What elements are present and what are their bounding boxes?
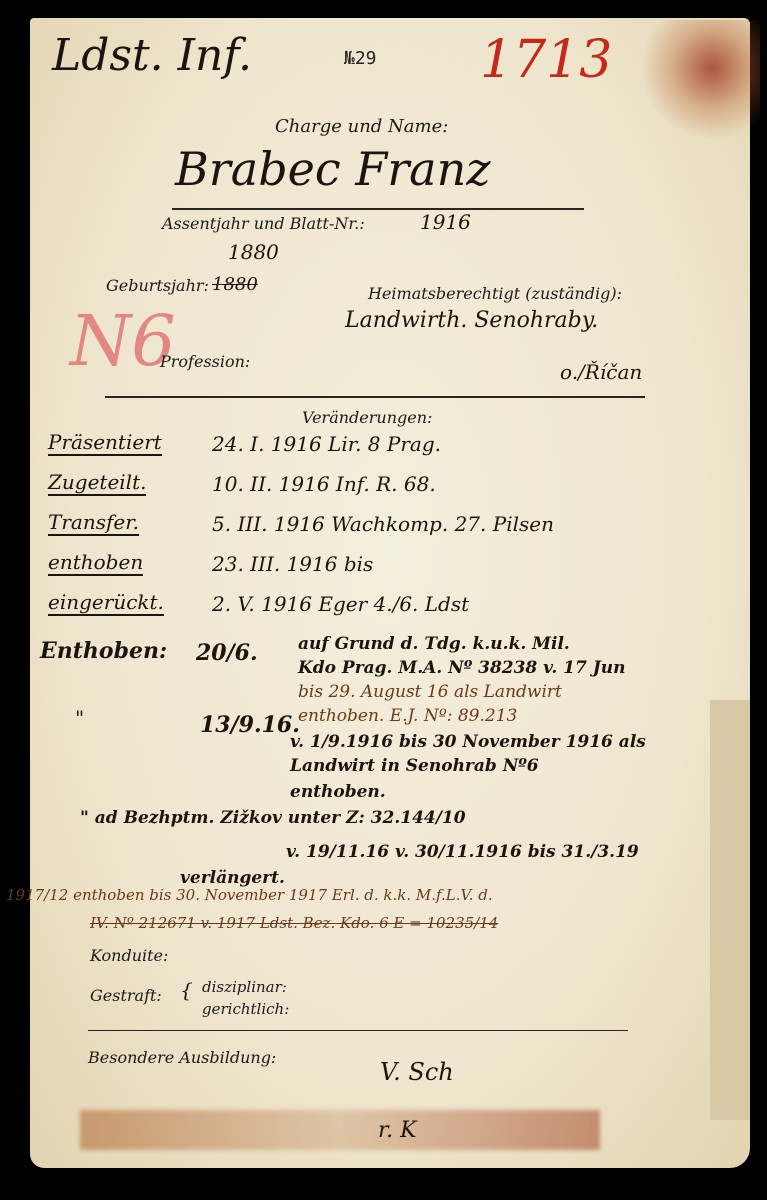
home-label: Heimatsberechtigt (zuständig): <box>368 284 622 303</box>
fourth-entry: IV. Nº 212671 v. 1917 Ldst. Bez. Kdo. 6 … <box>90 914 498 932</box>
enthoben-label: Enthoben: <box>40 638 167 664</box>
change-action: Präsentiert <box>48 430 162 456</box>
change-action: eingerückt. <box>48 590 164 616</box>
divider <box>172 208 584 210</box>
third-text: v. 19/11.16 v. 30/11.1916 bis 31./3.19 <box>286 842 639 862</box>
enthoben-text: auf Grund d. Tdg. k.u.k. Mil. <box>298 634 570 654</box>
profession-label: Profession: <box>160 352 250 371</box>
unit-handwritten: Ldst. Inf. <box>52 30 252 81</box>
assent-label: Assentjahr und Blatt-Nr.: <box>162 214 365 233</box>
ditto-mark: " <box>75 706 84 730</box>
enthoben-text: bis 29. August 16 als Landwirt <box>298 682 562 702</box>
training-value: V. Sch <box>380 1058 454 1086</box>
soldier-name: Brabec Franz <box>175 142 490 196</box>
change-entry: 23. III. 1916 bis <box>212 552 373 576</box>
second-text: v. 1/9.1916 bis 30 November 1916 als <box>290 732 646 752</box>
judicial-label: gerichtlich: <box>202 1000 289 1018</box>
red-number: 1713 <box>480 30 612 90</box>
birth-year-corrected: 1880 <box>228 240 279 264</box>
change-action: enthoben <box>48 550 143 576</box>
conduct-label: Konduite: <box>90 946 168 965</box>
second-text: Landwirt in Senohrab Nº6 <box>290 756 539 776</box>
divider <box>88 1030 628 1031</box>
bottom-note: r. K <box>378 1118 417 1143</box>
changes-label: Veränderungen: <box>302 408 432 427</box>
second-date: 13/9.16. <box>200 712 300 738</box>
birth-year-struck: 1880 <box>212 274 258 295</box>
training-label: Besondere Ausbildung: <box>88 1048 276 1067</box>
disciplinary-label: disziplinar: <box>202 978 287 996</box>
second-text: enthoben. <box>290 782 386 802</box>
fourth-entry: 1917/12 enthoben bis 30. November 1917 E… <box>6 886 493 904</box>
home-district: o./Říčan <box>560 360 642 384</box>
charge-label: Charge und Name: <box>275 116 448 137</box>
home-value: Landwirth. Senohraby. <box>345 308 598 333</box>
third-text: verlängert. <box>180 868 285 888</box>
enthoben-text: Kdo Prag. M.A. Nº 38238 v. 17 Jun <box>298 658 626 678</box>
change-entry: 5. III. 1916 Wachkomp. 27. Pilsen <box>212 512 554 536</box>
change-entry: 24. I. 1916 Lir. 8 Prag. <box>212 432 441 456</box>
change-entry: 10. II. 1916 Inf. R. 68. <box>212 472 436 496</box>
stain <box>80 1110 600 1150</box>
assent-value: 1916 <box>420 210 471 234</box>
change-entry: 2. V. 1916 Eger 4./6. Ldst <box>212 592 469 616</box>
stain <box>640 20 760 140</box>
card-number: №29 <box>344 48 377 69</box>
brace: { <box>180 978 193 1002</box>
enthoben-date: 20/6. <box>196 640 258 666</box>
birth-label: Geburtsjahr: <box>106 276 209 295</box>
divider <box>105 396 645 398</box>
change-action: Zugeteilt. <box>48 470 146 496</box>
enthoben-text: enthoben. E.J. Nº: 89.213 <box>298 706 517 726</box>
change-action: Transfer. <box>48 510 139 536</box>
punished-label: Gestraft: <box>90 986 162 1005</box>
paper-edge <box>710 700 750 1120</box>
third-entry: " ad Bezhptm. Zižkov unter Z: 32.144/10 <box>80 808 466 828</box>
